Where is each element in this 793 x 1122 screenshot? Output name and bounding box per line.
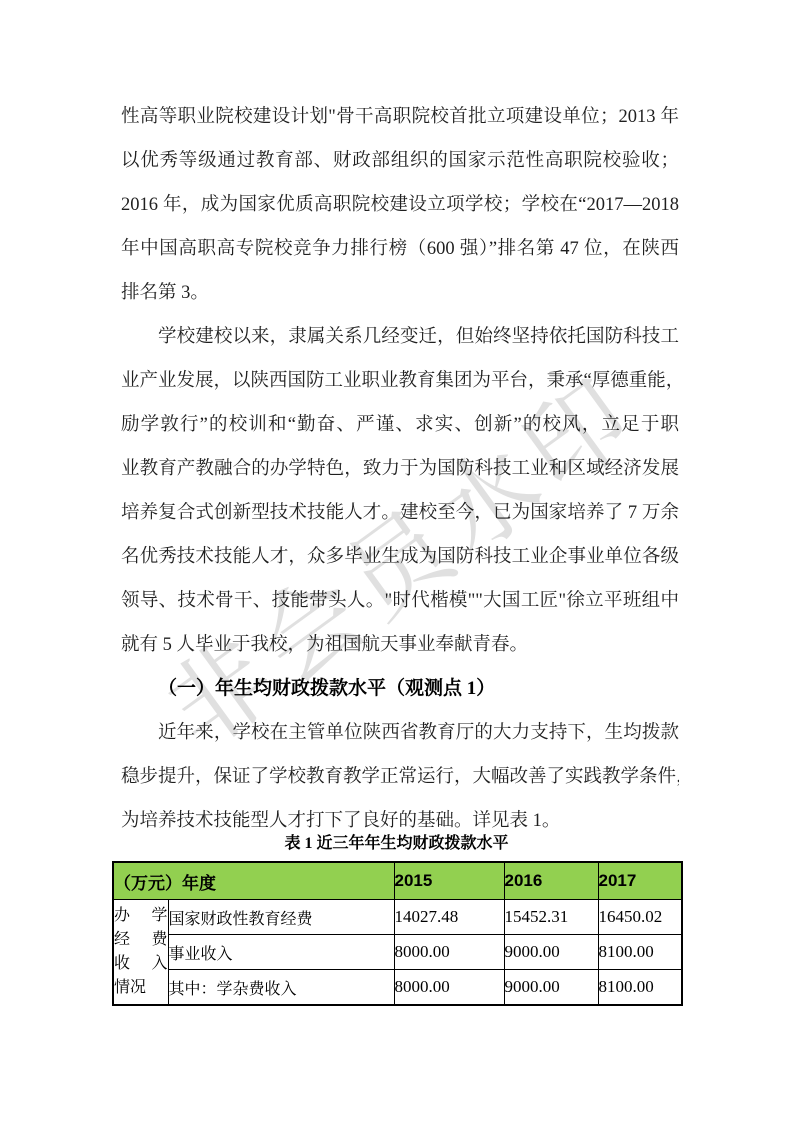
table-title: 表 1 近三年年生均财政拨款水平 (0, 830, 793, 858)
year-header-2017: 2017 (598, 862, 682, 900)
row-group-label-line: 情况 (114, 976, 168, 1000)
table-row: 其中：学杂费收入8000.009000.008100.00 (113, 970, 682, 1006)
value-cell: 16450.02 (598, 900, 682, 935)
funding-table: （万元）年度 2015 2016 2017 办 学经 费收 入情况国家财政性教育… (112, 861, 683, 1006)
text-line: 排名第 3。 (121, 271, 679, 315)
row-label-cell: 事业收入 (168, 935, 394, 970)
row-group-label-line: 办 学 (114, 904, 168, 928)
value-cell: 15452.31 (504, 900, 598, 935)
year-header-2015: 2015 (394, 862, 504, 900)
value-cell: 8000.00 (394, 970, 504, 1006)
text-line: 培养复合式创新型技术技能人才。建校至今，已为国家培养了 7 万余 (121, 491, 679, 535)
text-line: 近年来，学校在主管单位陕西省教育厅的大力支持下，生均拨款 (121, 711, 679, 755)
value-cell: 9000.00 (504, 970, 598, 1006)
table-header-row: （万元）年度 2015 2016 2017 (113, 862, 682, 900)
value-cell: 8000.00 (394, 935, 504, 970)
text-line: 年中国高职高专院校竞争力排行榜（600 强）”排名第 47 位，在陕西 (121, 227, 679, 271)
table-row: 办 学经 费收 入情况国家财政性教育经费14027.4815452.311645… (113, 900, 682, 935)
value-cell: 8100.00 (598, 970, 682, 1006)
value-cell: 9000.00 (504, 935, 598, 970)
table-row: 事业收入8000.009000.008100.00 (113, 935, 682, 970)
text-line: 稳步提升，保证了学校教育教学正常运行，大幅改善了实践教学条件， (121, 755, 679, 799)
value-cell: 8100.00 (598, 935, 682, 970)
row-group-label-line: 收 入 (114, 952, 168, 976)
text-line: 就有 5 人毕业于我校，为祖国航天事业奉献青春。 (121, 623, 679, 667)
row-group-label-cell: 办 学经 费收 入情况 (113, 900, 168, 1006)
text-line: 领导、技术骨干、技能带头人。"时代楷模""大国工匠"徐立平班组中 (121, 579, 679, 623)
row-label-cell: 其中：学杂费收入 (168, 970, 394, 1006)
text-line: 学校建校以来，隶属关系几经变迁，但始终坚持依托国防科技工 (121, 315, 679, 359)
text-line: 2016 年，成为国家优质高职院校建设立项学校；学校在“2017—2018 (121, 183, 679, 227)
section-heading: （一）年生均财政拨款水平（观测点 1） (121, 667, 679, 711)
text-line: 名优秀技术技能人才，众多毕业生成为国防科技工业企事业单位各级 (121, 535, 679, 579)
text-line: 业产业发展，以陕西国防工业职业教育集团为平台，秉承“厚德重能， (121, 359, 679, 403)
text-line: 励学敦行”的校训和“勤奋、严谨、求实、创新”的校风，立足于职 (121, 403, 679, 447)
text-line: 业教育产教融合的办学特色，致力于为国防科技工业和区域经济发展 (121, 447, 679, 491)
row-group-label-line: 经 费 (114, 928, 168, 952)
table-corner-label: （万元）年度 (113, 862, 394, 900)
text-line: 性高等职业院校建设计划"骨干高职院校首批立项建设单位；2013 年 (121, 95, 679, 139)
row-label-cell: 国家财政性教育经费 (168, 900, 394, 935)
year-header-2016: 2016 (504, 862, 598, 900)
document-page: 非会员水印 性高等职业院校建设计划"骨干高职院校首批立项建设单位；2013 年以… (0, 0, 793, 1122)
value-cell: 14027.48 (394, 900, 504, 935)
text-line: 以优秀等级通过教育部、财政部组织的国家示范性高职院校验收； (121, 139, 679, 183)
body-text: 性高等职业院校建设计划"骨干高职院校首批立项建设单位；2013 年以优秀等级通过… (121, 95, 679, 843)
